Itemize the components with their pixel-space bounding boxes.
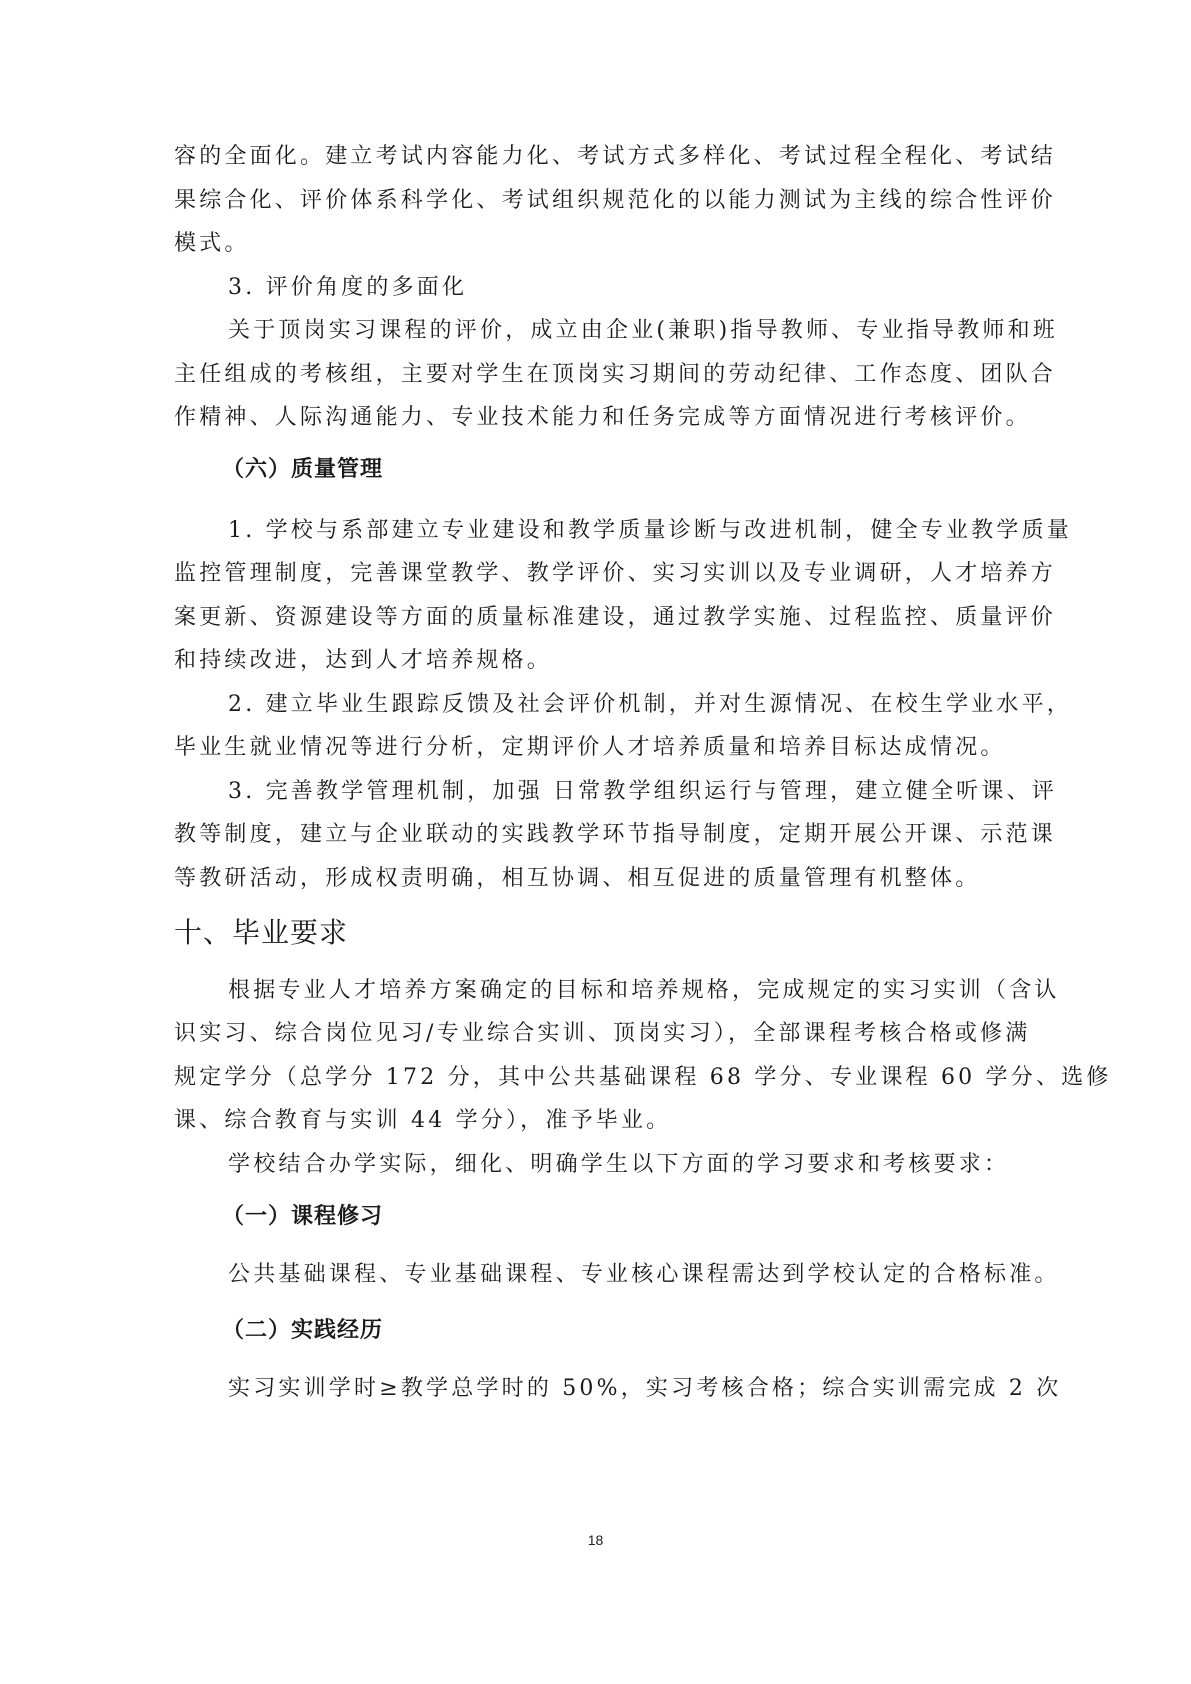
body-text-line: 识实习、综合岗位见习/专业综合实训、顶岗实习），全部课程考核合格或修满 xyxy=(174,1019,1030,1049)
body-text-line: 2. 建立毕业生跟踪反馈及社会评价机制，并对生源情况、在校生学业水平， xyxy=(228,690,1072,720)
body-text-line: 案更新、资源建设等方面的质量标准建设，通过教学实施、过程监控、质量评价 xyxy=(174,603,1056,633)
body-text-line: 1. 学校与系部建立专业建设和教学质量诊断与改进机制，健全专业教学质量 xyxy=(228,516,1072,546)
body-text-line: 果综合化、评价体系科学化、考试组织规范化的以能力测试为主线的综合性评价 xyxy=(174,186,1056,216)
body-text-line: 教等制度，建立与企业联动的实践教学环节指导制度，定期开展公开课、示范课 xyxy=(174,820,1056,850)
body-text-line: 课、综合教育与实训 44 学分），准予毕业。 xyxy=(174,1106,671,1136)
body-text-line: 3. 完善教学管理机制，加强 日常教学组织运行与管理，建立健全听课、评 xyxy=(228,777,1057,807)
body-text-line: 监控管理制度，完善课堂教学、教学评价、实习实训以及专业调研，人才培养方 xyxy=(174,559,1056,589)
body-text-line: 学校结合办学实际，细化、明确学生以下方面的学习要求和考核要求： xyxy=(228,1150,1009,1180)
body-text-line: 毕业生就业情况等进行分析，定期评价人才培养质量和培养目标达成情况。 xyxy=(174,733,1006,763)
list-item-title: 3. 评价角度的多面化 xyxy=(228,273,467,303)
body-text-line: 作精神、人际沟通能力、专业技术能力和任务完成等方面情况进行考核评价。 xyxy=(174,403,1031,433)
subsection-heading: （一）课程修习 xyxy=(222,1202,383,1232)
body-text-line: 根据专业人才培养方案确定的目标和培养规格，完成规定的实习实训（含认 xyxy=(228,976,1060,1006)
document-page: 容的全面化。建立考试内容能力化、考试方式多样化、考试过程全程化、考试结 果综合化… xyxy=(0,0,1191,1684)
body-text-line: 模式。 xyxy=(174,229,250,259)
body-text-line: 实习实训学时≥教学总学时的 50%，实习考核合格；综合实训需完成 2 次 xyxy=(228,1374,1062,1404)
subsection-heading: （二）实践经历 xyxy=(222,1316,383,1346)
body-text-line: 公共基础课程、专业基础课程、专业核心课程需达到学校认定的合格标准。 xyxy=(228,1260,1060,1290)
subsection-heading: （六）质量管理 xyxy=(222,455,383,485)
body-text-line: 主任组成的考核组，主要对学生在顶岗实习期间的劳动纪律、工作态度、团队合 xyxy=(174,360,1056,390)
body-text-line: 等教研活动，形成权责明确，相互协调、相互促进的质量管理有机整体。 xyxy=(174,864,980,894)
body-text-line: 关于顶岗实习课程的评价，成立由企业(兼职)指导教师、专业指导教师和班 xyxy=(228,316,1058,346)
body-text-line: 和持续改进，达到人才培养规格。 xyxy=(174,646,552,676)
section-heading: 十、毕业要求 xyxy=(174,915,348,951)
body-text-line: 规定学分（总学分 172 分，其中公共基础课程 68 学分、专业课程 60 学分… xyxy=(174,1063,1112,1093)
page-number: 18 xyxy=(0,1532,1191,1548)
body-text-line: 容的全面化。建立考试内容能力化、考试方式多样化、考试过程全程化、考试结 xyxy=(174,142,1056,172)
